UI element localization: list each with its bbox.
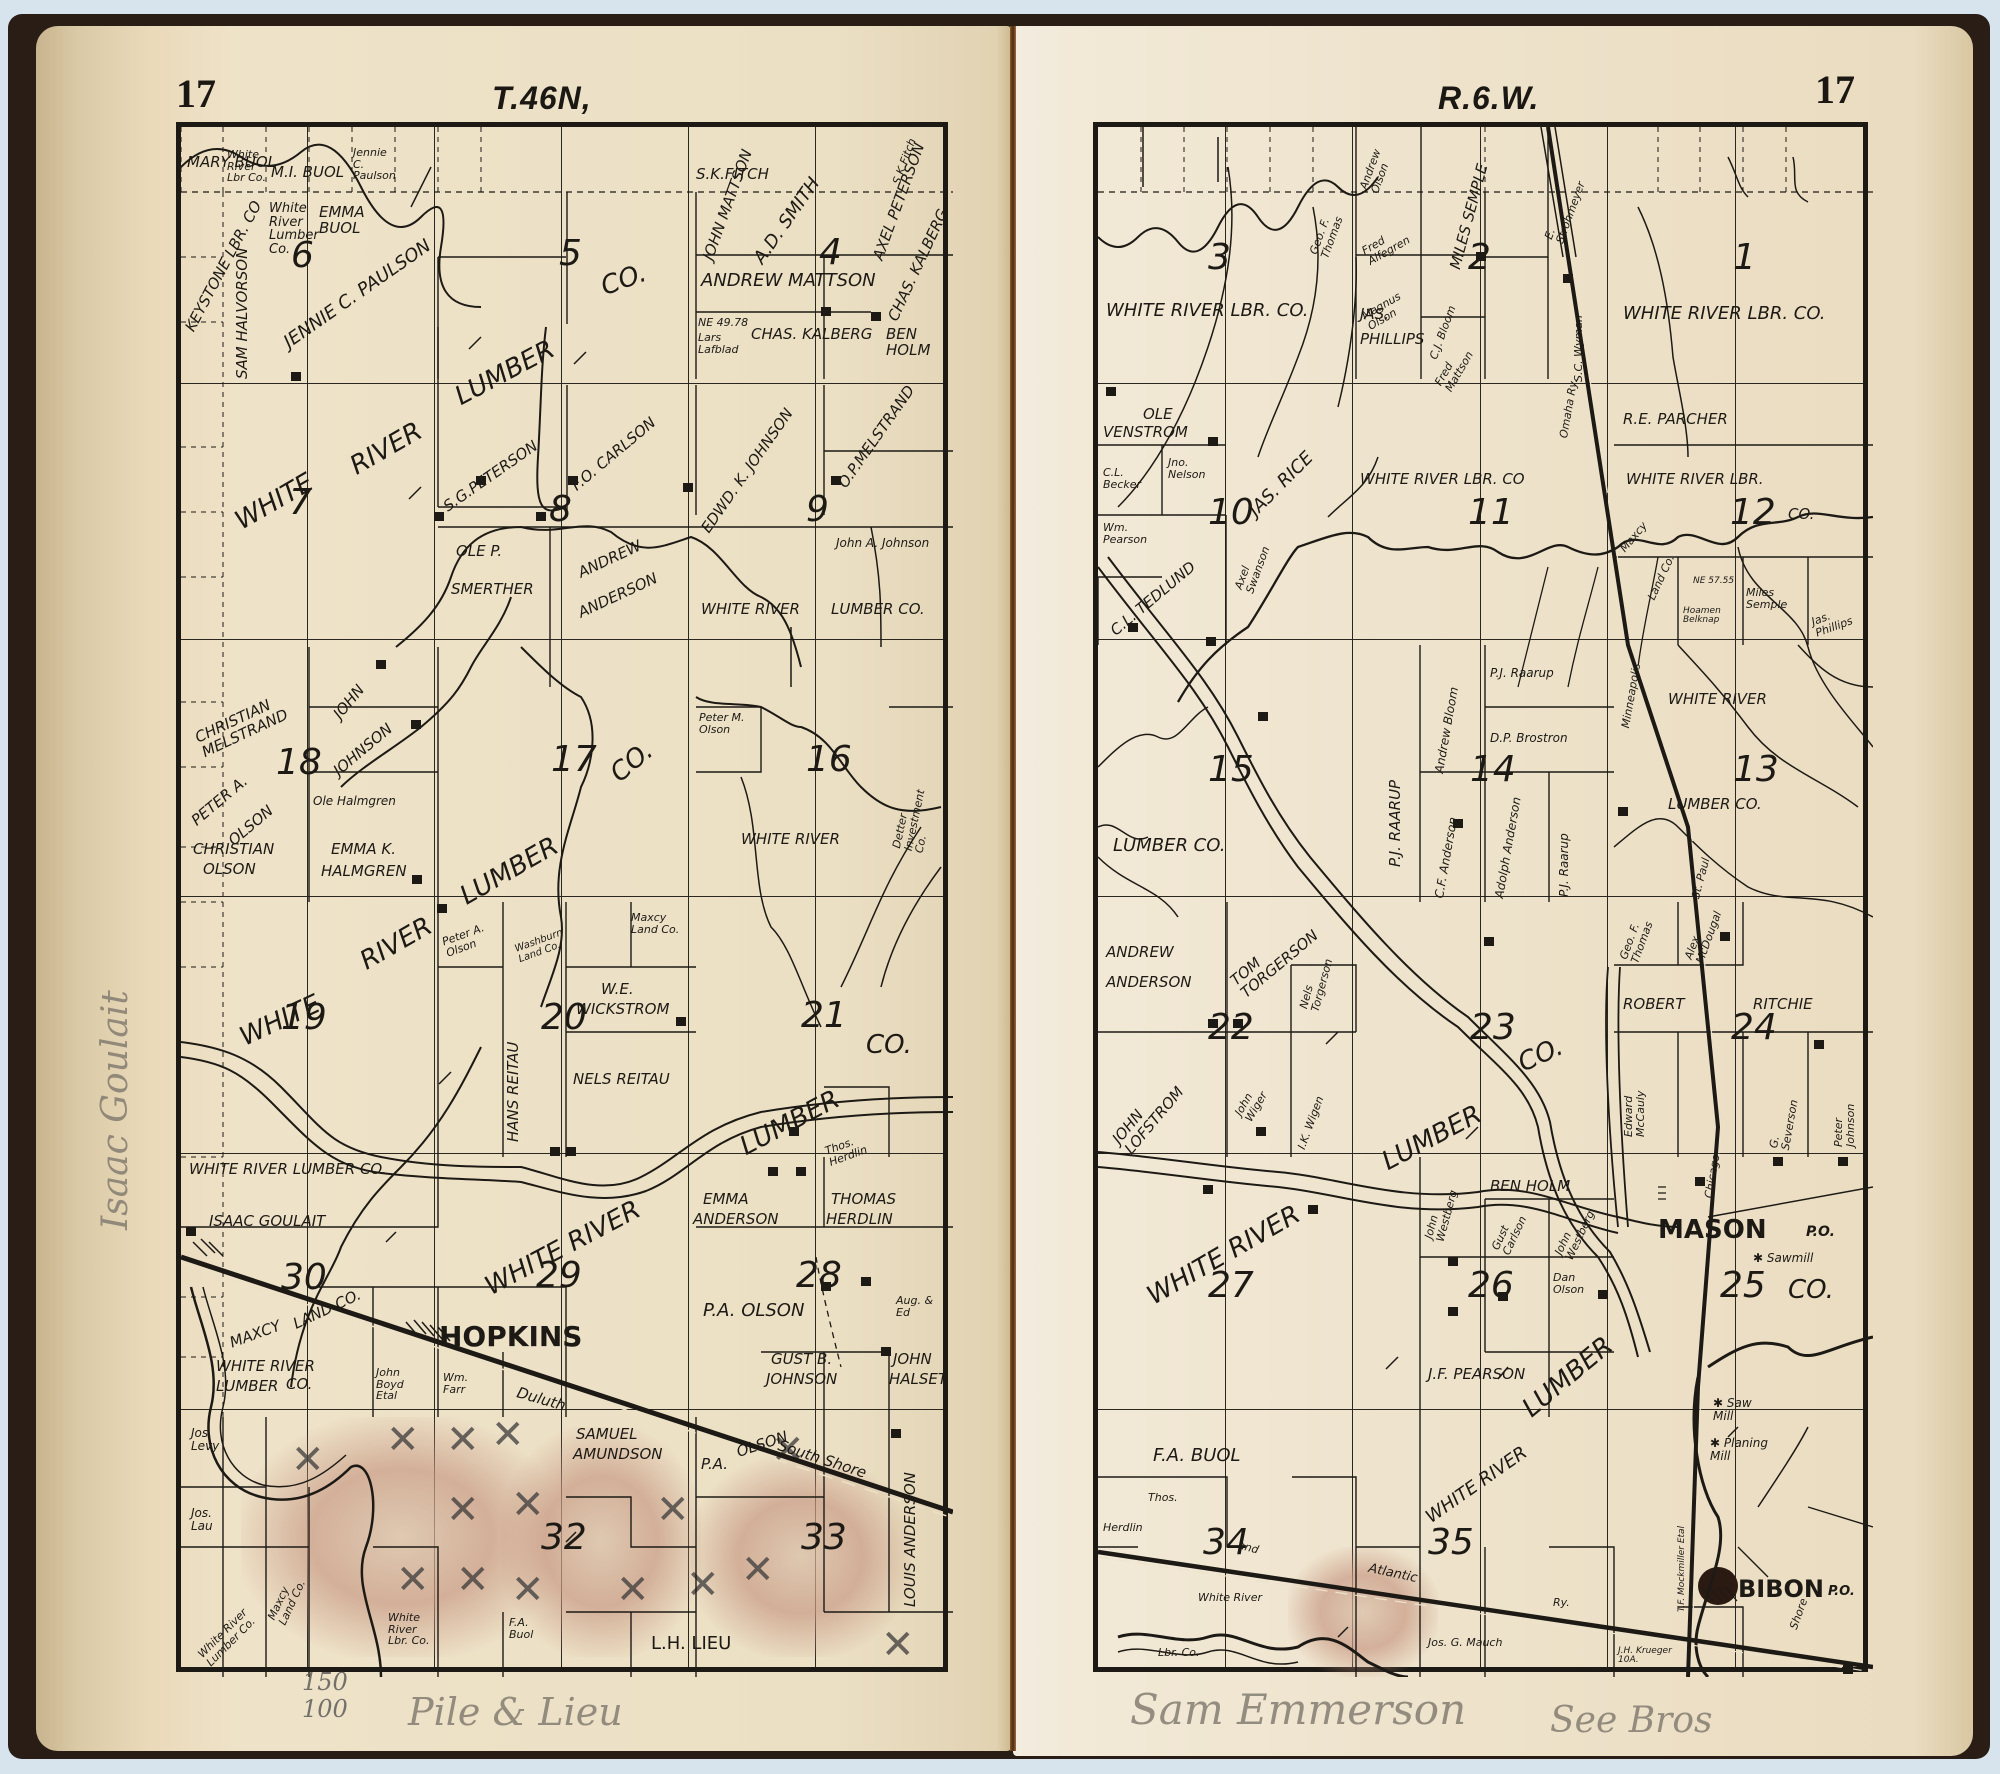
owner-label: Hans Reitau bbox=[506, 1042, 522, 1142]
owner-label: Thos. bbox=[1148, 1492, 1178, 1504]
section-number: 30 bbox=[281, 1257, 327, 1298]
owner-label: F.A. Buol bbox=[1153, 1447, 1241, 1466]
section-number: 28 bbox=[796, 1255, 842, 1296]
owner-label: R.E. Parcher bbox=[1623, 412, 1728, 428]
sawmill-label: ✱ Sawmill bbox=[1753, 1252, 1813, 1265]
owner-label: Halmgren bbox=[321, 864, 407, 880]
owner-label: Co. bbox=[1788, 1277, 1834, 1304]
owner-label: Peter M. Olson bbox=[699, 712, 759, 735]
pencil-note-bottom: Sam Emmerson bbox=[1130, 1685, 1466, 1734]
section-number: 32 bbox=[541, 1517, 587, 1558]
owner-label: Anderson bbox=[693, 1212, 778, 1228]
owner-label: Smerther bbox=[451, 582, 534, 598]
owner-label: Lars Lafblad bbox=[698, 332, 738, 355]
owner-label: Amundson bbox=[573, 1447, 663, 1463]
owner-label: Ben Holm bbox=[1490, 1179, 1570, 1195]
section-number: 3 bbox=[1208, 237, 1231, 278]
owner-label: Edward McCauly bbox=[1623, 1077, 1646, 1137]
owner-label: White River bbox=[216, 1359, 315, 1375]
owner-label: Samuel bbox=[576, 1427, 638, 1443]
pencil-note-number: 100 bbox=[302, 1695, 348, 1723]
owner-label: Christian bbox=[193, 842, 274, 858]
owner-label: White River Lbr. Co. bbox=[388, 1612, 433, 1647]
section-number: 15 bbox=[1208, 749, 1254, 790]
owner-label: Herdlin bbox=[826, 1212, 893, 1228]
owner-label: Lumber bbox=[216, 1379, 278, 1395]
right-header-range: R.6.W. bbox=[1438, 80, 1539, 117]
owner-label: Ole bbox=[1143, 407, 1173, 423]
owner-label: Dan Olson bbox=[1553, 1272, 1593, 1295]
owner-label: White River bbox=[1668, 692, 1767, 708]
owner-label: Jos. Lau bbox=[191, 1507, 221, 1532]
section-number: 21 bbox=[801, 995, 847, 1036]
owner-label: Sam Halvorson bbox=[235, 248, 251, 379]
owner-label: Robert bbox=[1623, 997, 1685, 1013]
section-number: 33 bbox=[801, 1517, 847, 1558]
owner-label: Nels Reitau bbox=[573, 1072, 670, 1088]
owner-label: Co. bbox=[286, 1377, 312, 1393]
planing-mill-label: ✱ Planing Mill bbox=[1710, 1437, 1770, 1462]
owner-label: Andrew bbox=[1106, 945, 1174, 961]
section-number: 11 bbox=[1468, 492, 1514, 533]
owner-label: Lumber Co. bbox=[1113, 837, 1225, 856]
owner-label: John bbox=[893, 1352, 932, 1368]
owner-label: Gust B. bbox=[771, 1352, 832, 1368]
owner-label: Chas. Kalberg bbox=[751, 327, 872, 343]
section-number: 4 bbox=[819, 232, 842, 273]
owner-label: Ole P. bbox=[456, 544, 502, 560]
section-number: 18 bbox=[276, 742, 322, 783]
owner-label: P.J. Raarup bbox=[1558, 833, 1571, 897]
sawmill-label: ✱ Saw Mill bbox=[1713, 1397, 1753, 1422]
owner-label: Jos. G. Mauch bbox=[1428, 1637, 1502, 1649]
owner-label: NE 57.55 bbox=[1693, 577, 1734, 586]
owner-label: Olson bbox=[203, 862, 256, 878]
owner-label: Wickstrom bbox=[576, 1002, 669, 1018]
town-hopkins: Hopkins bbox=[439, 1322, 582, 1351]
owner-label: J.F. Pearson bbox=[1428, 1367, 1525, 1383]
owner-label: Thomas bbox=[831, 1192, 896, 1208]
owner-label: White River Lbr Co. bbox=[227, 149, 267, 184]
owner-label: White River Lbr. Co bbox=[1360, 472, 1525, 488]
right-page-number: 17 bbox=[1815, 66, 1855, 113]
owner-label: S.C. Wyman bbox=[1573, 315, 1585, 382]
pencil-note-margin: Isaac Goulait bbox=[95, 990, 136, 1230]
section-number: 25 bbox=[1720, 1265, 1766, 1306]
section-number: 24 bbox=[1731, 1007, 1777, 1048]
owner-label: White River Lbr. bbox=[1626, 472, 1764, 488]
owner-label: Lumber Co. bbox=[1668, 797, 1762, 813]
left-page-number: 17 bbox=[176, 70, 216, 117]
owner-label: John Boyd Etal bbox=[376, 1367, 421, 1402]
owner-label: Miles Semple bbox=[1746, 587, 1796, 610]
owner-label: Co. bbox=[1788, 507, 1814, 523]
owner-label: White River bbox=[701, 602, 800, 618]
section-number: 22 bbox=[1208, 1007, 1254, 1048]
owner-label: White River bbox=[1198, 1592, 1262, 1604]
section-number: 8 bbox=[549, 489, 572, 530]
owner-label: White River Lbr. Co. bbox=[1623, 305, 1826, 324]
owner-label: Lbr. Co. bbox=[1158, 1647, 1200, 1659]
owner-label: Emma Buol bbox=[319, 205, 363, 237]
owner-label: Co. bbox=[866, 1032, 912, 1059]
town-mason: Mason bbox=[1658, 1217, 1767, 1244]
owner-label: Hoamen Belknap bbox=[1683, 607, 1725, 626]
owner-label: White River Lumber Co. bbox=[269, 202, 313, 257]
owner-label: Emma K. bbox=[331, 842, 396, 858]
owner-label: Isaac Goulait bbox=[209, 1214, 325, 1230]
section-number: 16 bbox=[806, 739, 852, 780]
owner-label: Halset bbox=[889, 1372, 947, 1388]
owner-label: Louis Anderson bbox=[903, 1472, 919, 1607]
left-header-township: T.46N, bbox=[492, 80, 592, 117]
section-number: 10 bbox=[1208, 492, 1254, 533]
post-office-label: P.O. bbox=[1806, 1225, 1835, 1240]
owner-label: Jos. Levy bbox=[191, 1427, 221, 1452]
section-number: 26 bbox=[1468, 1265, 1514, 1306]
owner-label: P.A. Olson bbox=[703, 1302, 804, 1321]
section-number: 5 bbox=[559, 233, 582, 274]
town-bibon: Bibon bbox=[1738, 1577, 1824, 1602]
owner-label: Peter Johnson bbox=[1833, 1087, 1856, 1147]
owner-label: W.E. bbox=[601, 982, 634, 998]
map-linework bbox=[181, 127, 953, 1677]
owner-label: J.H. Krueger 10A. bbox=[1618, 1647, 1678, 1666]
owner-label: White River bbox=[741, 832, 840, 848]
section-number: 2 bbox=[1468, 237, 1491, 278]
owner-label: Emma bbox=[703, 1192, 749, 1208]
post-office-label: P.O. bbox=[1828, 1585, 1855, 1599]
owner-label: Wm. Pearson bbox=[1103, 522, 1143, 545]
owner-label: John A. Johnson bbox=[836, 537, 929, 550]
owner-label: T.F. Mockmiller Etal bbox=[1678, 1517, 1687, 1612]
owner-label: Herdlin bbox=[1103, 1522, 1143, 1534]
owner-label: Venstrom bbox=[1103, 425, 1188, 441]
owner-label: P.A. bbox=[701, 1457, 728, 1473]
owner-label: P.J. Raarup bbox=[1490, 667, 1554, 680]
owner-label: F.A. Buol bbox=[509, 1617, 539, 1640]
owner-label: Phillips bbox=[1360, 332, 1424, 348]
owner-label: Andrew Mattson bbox=[701, 272, 876, 291]
owner-label: L.H. Lieu bbox=[651, 1635, 731, 1654]
railway-label: Ry. bbox=[1553, 1597, 1570, 1609]
section-number: 17 bbox=[551, 739, 597, 780]
book-gutter bbox=[1010, 26, 1016, 1751]
section-number: 23 bbox=[1470, 1007, 1516, 1048]
owner-label: Anderson bbox=[1106, 975, 1191, 991]
owner-label: D.P. Brostron bbox=[1490, 732, 1568, 745]
owner-label: Johnson bbox=[766, 1372, 837, 1388]
owner-label: Jno. Nelson bbox=[1168, 457, 1208, 480]
owner-label: White River Lbr. Co. bbox=[1106, 302, 1309, 321]
section-number: 12 bbox=[1730, 492, 1776, 533]
right-township-map: 3 2 1 10 11 12 15 14 13 22 23 24 27 26 2… bbox=[1093, 122, 1868, 1672]
owner-label: Lumber Co. bbox=[831, 602, 925, 618]
owner-label: Jennie C. Paulson bbox=[353, 147, 397, 182]
owner-label: White River Lumber Co. bbox=[189, 1162, 386, 1178]
owner-label: Maxcy Land Co. bbox=[631, 912, 681, 935]
owner-label: Ole Halmgren bbox=[313, 795, 396, 808]
owner-label: Jas. bbox=[1360, 307, 1389, 323]
owner-label: Ritchie bbox=[1753, 997, 1813, 1013]
section-number: 1 bbox=[1733, 237, 1756, 278]
left-township-map: ✕ ✕ ✕ ✕ ✕ ✕ ✕ ✕ ✕ ✕ ✕ ✕ ✕ ✕ ✕ bbox=[176, 122, 948, 1672]
owner-label: NE 49.78 bbox=[698, 317, 748, 329]
owner-label: Aug. & Ed bbox=[896, 1295, 936, 1318]
pencil-note-number: 150 bbox=[302, 1668, 348, 1696]
owner-label: P.J. Raarup bbox=[1388, 780, 1404, 867]
owner-label: M.I. Buol bbox=[271, 165, 344, 181]
section-number: 13 bbox=[1733, 749, 1779, 790]
owner-label: Ben Holm bbox=[886, 327, 926, 359]
owner-label: Wm. Farr bbox=[443, 1372, 488, 1395]
pencil-note-bottom: Pile & Lieu bbox=[408, 1690, 623, 1734]
owner-label: C.L. Becker bbox=[1103, 467, 1143, 490]
section-number: 14 bbox=[1470, 749, 1516, 790]
pencil-note-bottom-2: See Bros bbox=[1550, 1700, 1713, 1741]
section-number: 9 bbox=[806, 489, 829, 530]
section-number: 35 bbox=[1428, 1522, 1474, 1563]
